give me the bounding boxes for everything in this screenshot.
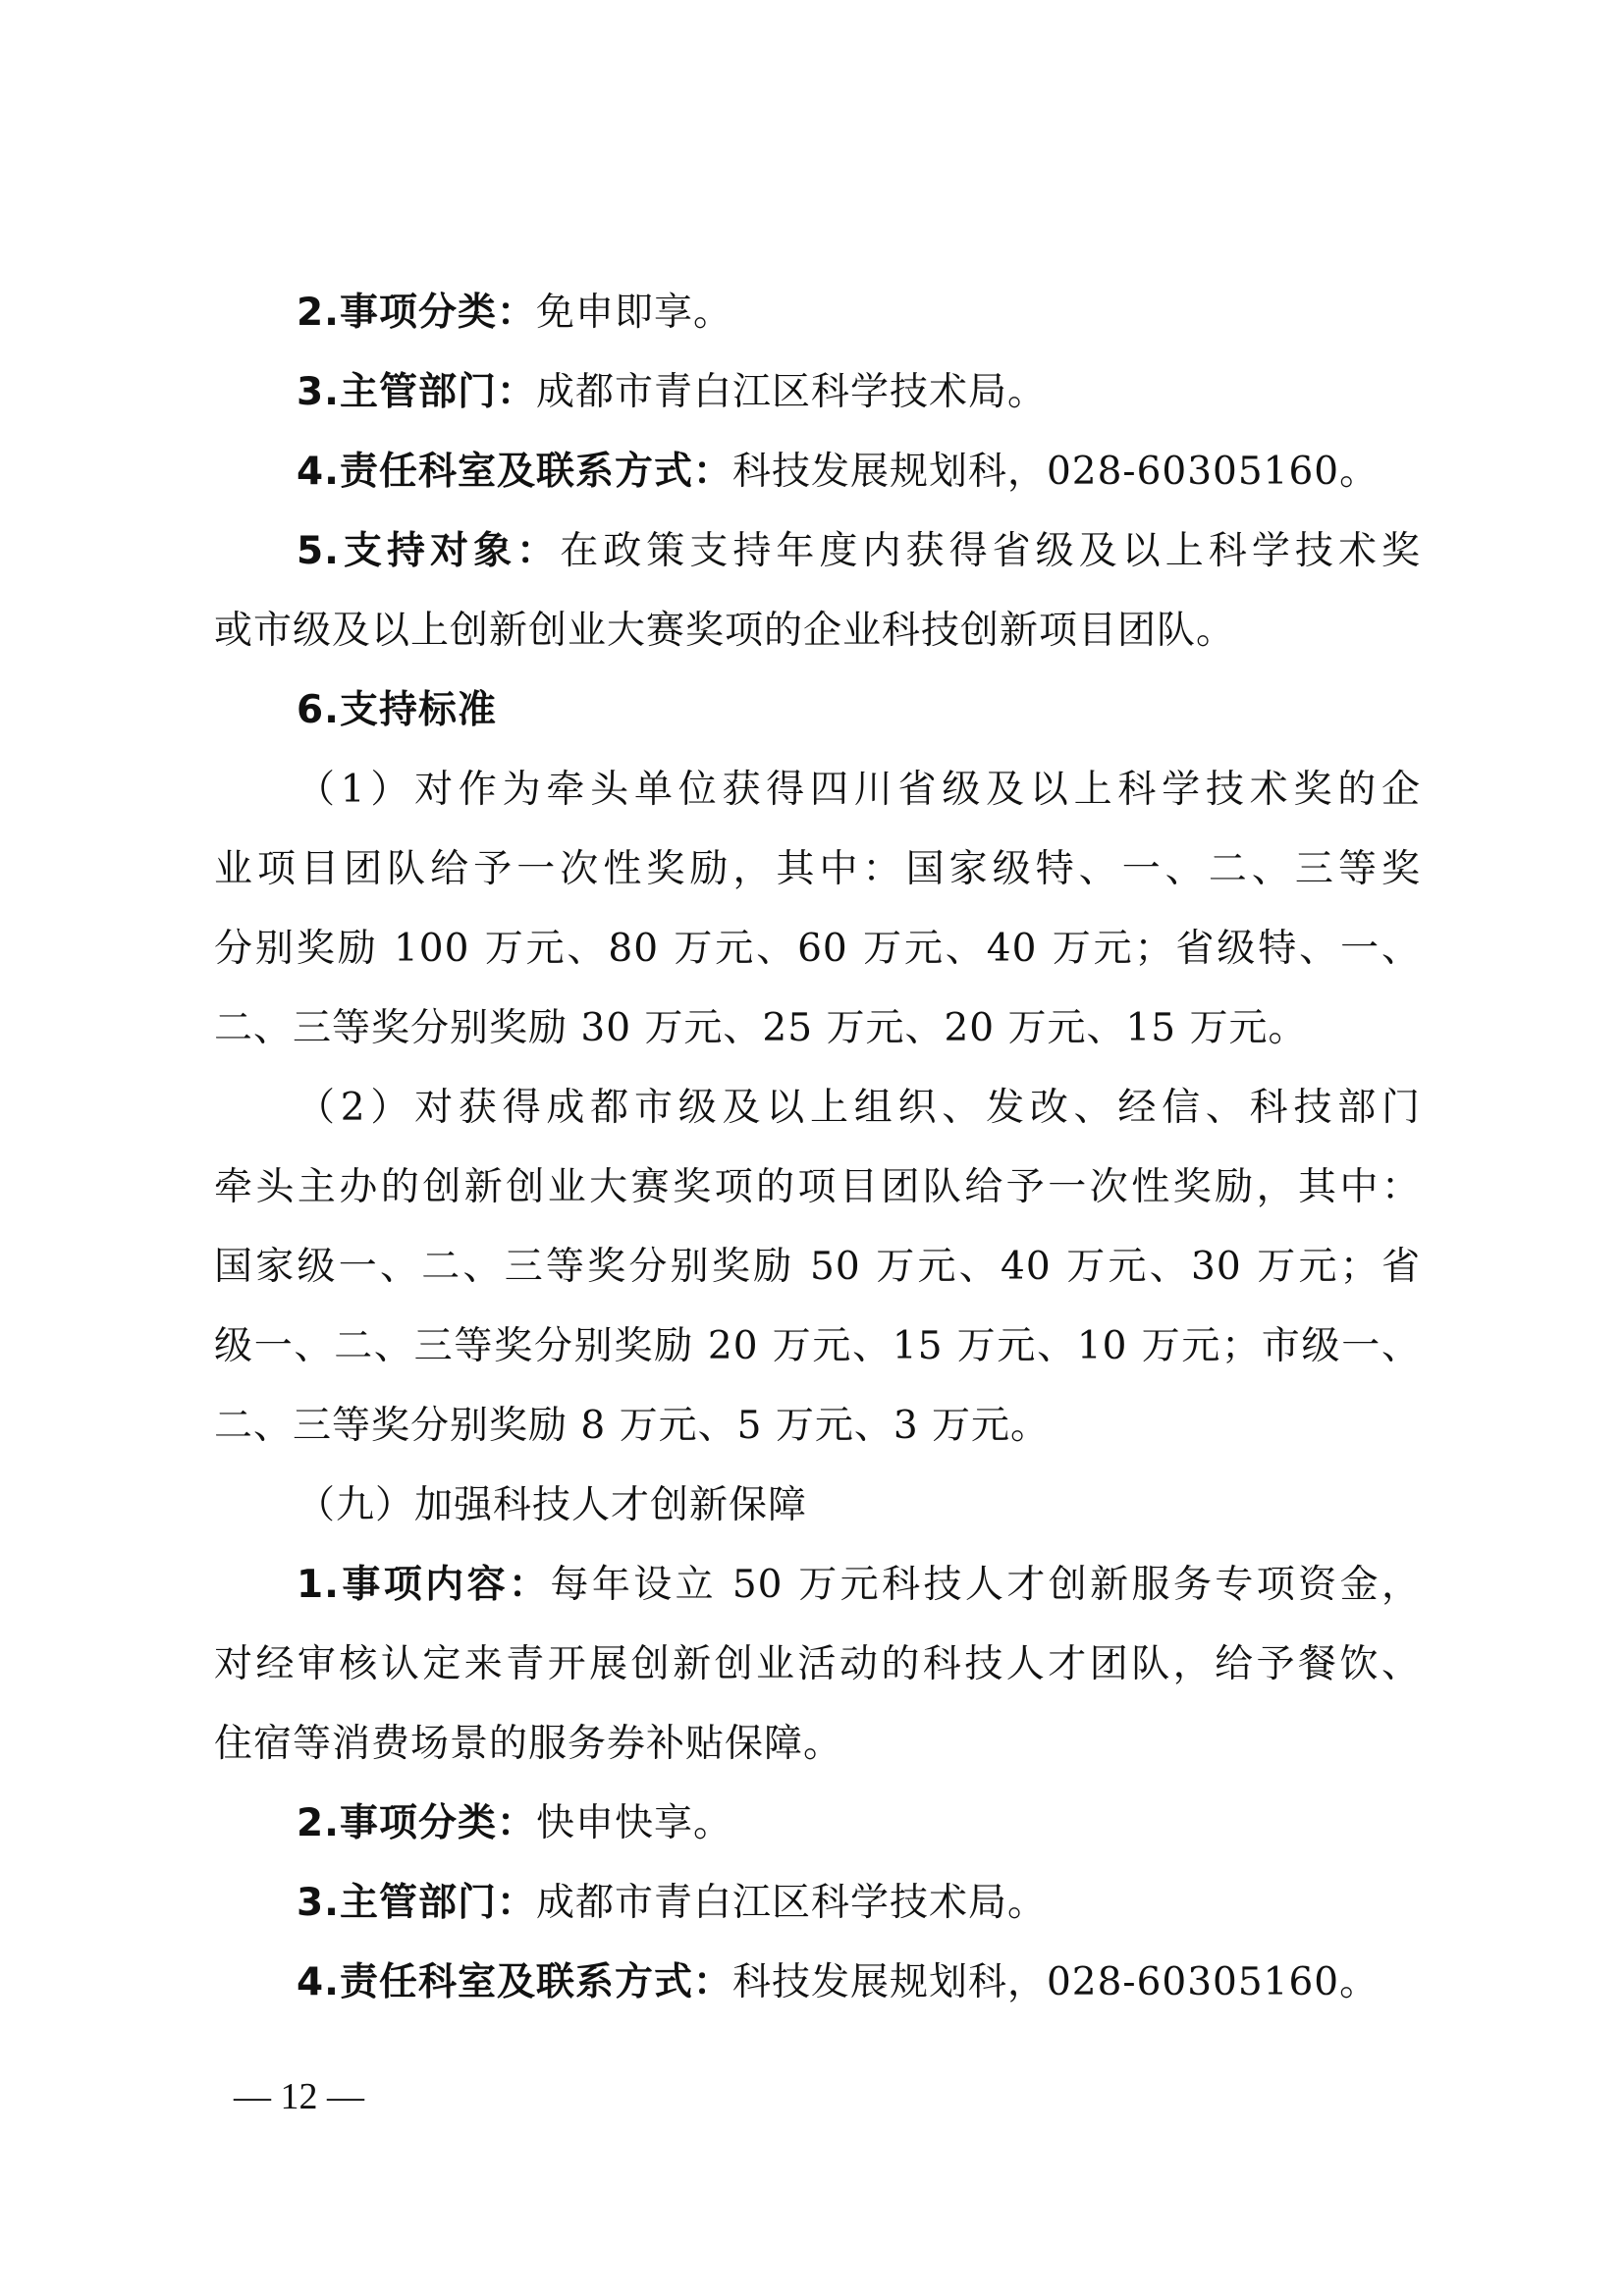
paragraph-line: 国家级一、二、三等奖分别奖励 50 万元、40 万元、30 万元；省 xyxy=(214,1227,1421,1307)
paragraph-line: 住宿等消费场景的服务券补贴保障。 xyxy=(214,1704,1421,1784)
document-page: 2.事项分类：免申即享。 3.主管部门：成都市青白江区科学技术局。 4.责任科室… xyxy=(0,0,1624,2296)
paragraph-line: 业项目团队给予一次性奖励，其中：国家级特、一、二、三等奖 xyxy=(214,829,1421,909)
field-value: 在政策支持年度内获得省级及以上科学技术奖 xyxy=(560,529,1421,573)
paragraph-line: 牵头主办的创新创业大赛奖项的项目团队给予一次性奖励，其中： xyxy=(214,1148,1421,1227)
field-label: 5.支持对象： xyxy=(297,529,560,573)
field-value: 成都市青白江区科学技术局。 xyxy=(536,370,1047,414)
item-category-2: 2.事项分类：快申快享。 xyxy=(297,1784,1421,1863)
paragraph-line: （2）对获得成都市级及以上组织、发改、经信、科技部门 xyxy=(297,1068,1421,1148)
item-department-2: 3.主管部门：成都市青白江区科学技术局。 xyxy=(297,1863,1421,1943)
field-label: 3.主管部门： xyxy=(297,370,536,414)
item-category-1: 2.事项分类：免申即享。 xyxy=(297,273,1421,352)
field-value: 快申快享。 xyxy=(536,1801,732,1845)
field-label: 2.事项分类： xyxy=(297,1801,536,1845)
section-heading-talent-guarantee: （九）加强科技人才创新保障 xyxy=(297,1466,1421,1545)
field-label: 2.事项分类： xyxy=(297,291,536,335)
page-number: — 12 — xyxy=(234,2075,364,2118)
paragraph-line: （1）对作为牵头单位获得四川省级及以上科学技术奖的企 xyxy=(297,750,1421,829)
field-label: 4.责任科室及联系方式： xyxy=(297,1960,732,2004)
paragraph-line: 或市级及以上创新创业大赛奖项的企业科技创新项目团队。 xyxy=(214,591,1421,670)
item-support-target: 5.支持对象：在政策支持年度内获得省级及以上科学技术奖 xyxy=(297,511,1421,591)
item-content: 1.事项内容：每年设立 50 万元科技人才创新服务专项资金， xyxy=(297,1545,1421,1625)
field-label: 4.责任科室及联系方式： xyxy=(297,450,732,494)
field-label: 3.主管部门： xyxy=(297,1881,536,1925)
field-label: 1.事项内容： xyxy=(297,1563,550,1607)
paragraph-line: 二、三等奖分别奖励 30 万元、25 万元、20 万元、15 万元。 xyxy=(214,988,1421,1068)
field-value: 成都市青白江区科学技术局。 xyxy=(536,1881,1047,1925)
item-contact-1: 4.责任科室及联系方式：科技发展规划科，028-60305160。 xyxy=(297,432,1421,511)
paragraph-line: 级一、二、三等奖分别奖励 20 万元、15 万元、10 万元；市级一、 xyxy=(214,1307,1421,1386)
paragraph-line: 二、三等奖分别奖励 8 万元、5 万元、3 万元。 xyxy=(214,1386,1421,1466)
item-department-1: 3.主管部门：成都市青白江区科学技术局。 xyxy=(297,352,1421,432)
item-contact-2: 4.责任科室及联系方式：科技发展规划科，028-60305160。 xyxy=(297,1943,1421,2022)
paragraph-line: 分别奖励 100 万元、80 万元、60 万元、40 万元；省级特、一、 xyxy=(214,909,1421,988)
section-heading-support-standard: 6.支持标准 xyxy=(297,670,1421,750)
field-value: 科技发展规划科，028-60305160。 xyxy=(732,1960,1379,2004)
field-value: 每年设立 50 万元科技人才创新服务专项资金， xyxy=(550,1563,1421,1607)
field-value: 免申即享。 xyxy=(536,291,732,335)
paragraph-line: 对经审核认定来青开展创新创业活动的科技人才团队，给予餐饮、 xyxy=(214,1625,1421,1704)
field-value: 科技发展规划科，028-60305160。 xyxy=(732,450,1379,494)
